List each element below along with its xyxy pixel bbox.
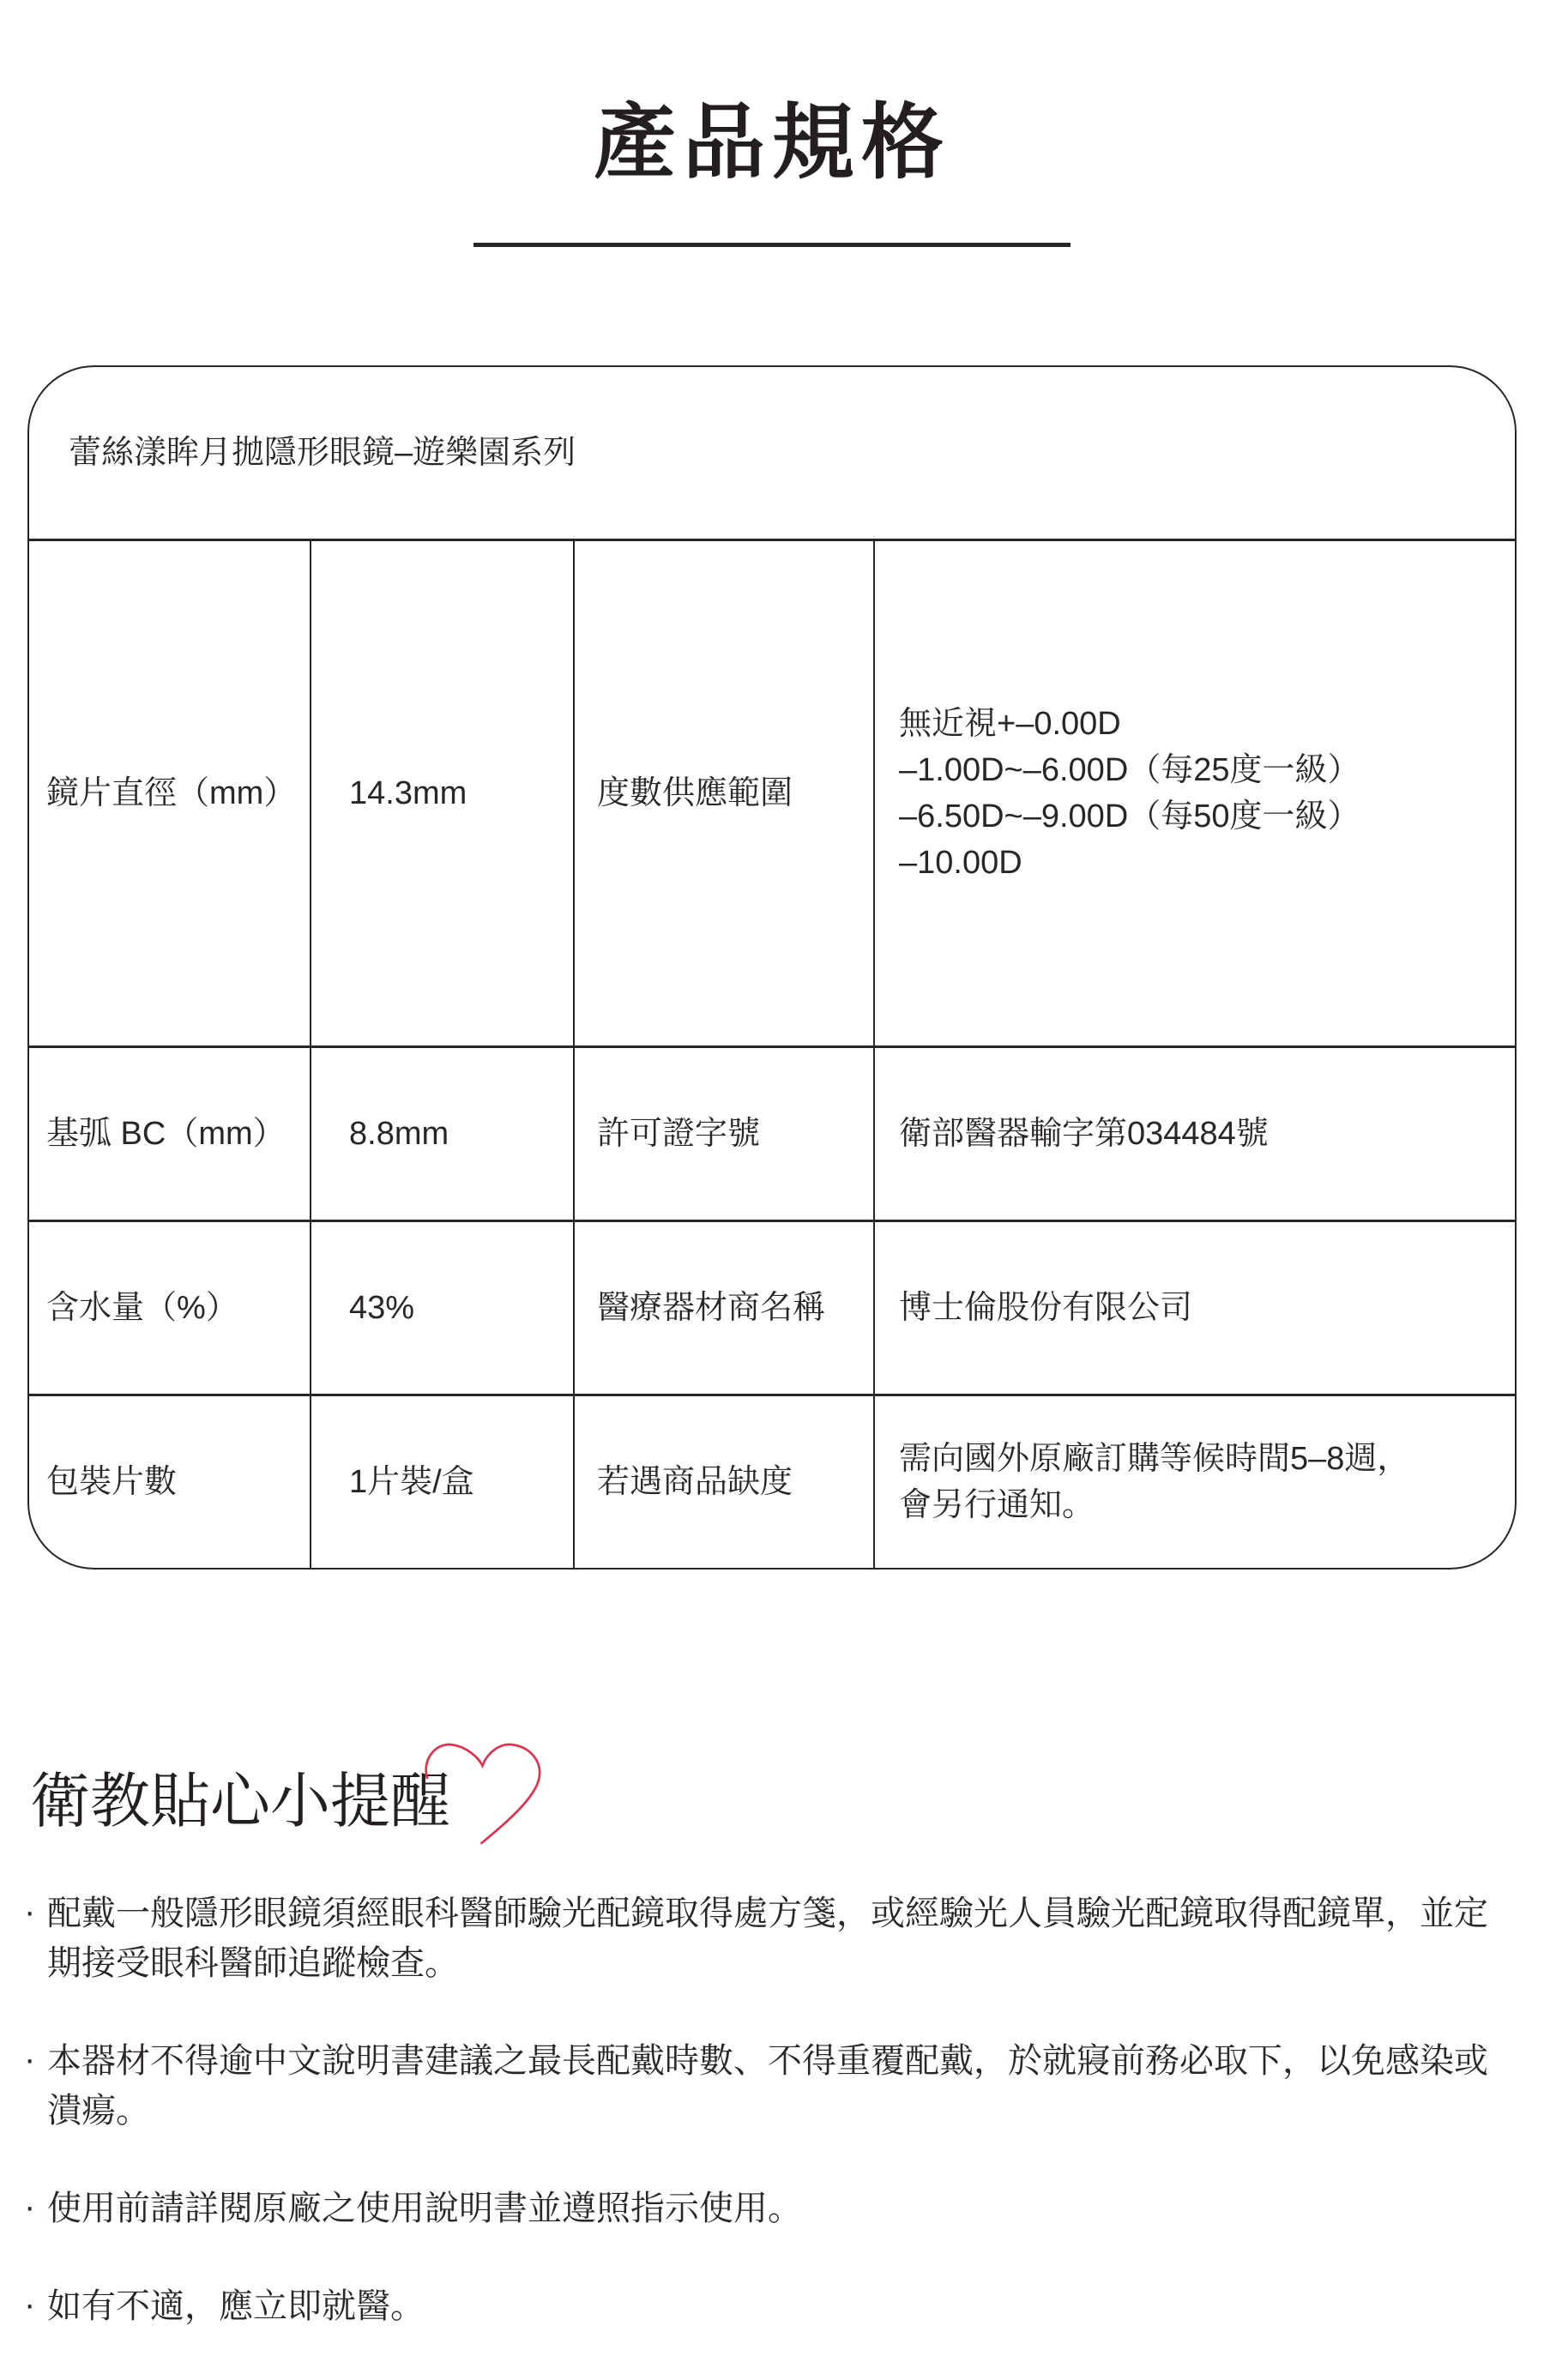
spec-label-pack-count: 包裝片數	[29, 1395, 311, 1568]
bullet-dot: ·	[24, 2034, 35, 2084]
power-range-line: 無近視+–0.00D	[899, 701, 1501, 747]
spec-label-vendor-name: 醫療器材商名稱	[574, 1220, 874, 1395]
table-row: 基弧 BC（mm） 8.8mm 許可證字號 衛部醫器輸字第034484號	[29, 1046, 1517, 1220]
spec-table-container: 蕾絲漾眸月拋隱形眼鏡–遊樂園系列 鏡片直徑（mm） 14.3mm 度數供應範圍 …	[27, 365, 1517, 1570]
spec-table-header-row: 蕾絲漾眸月拋隱形眼鏡–遊樂園系列	[29, 367, 1517, 540]
spec-label-power-range: 度數供應範圍	[574, 539, 874, 1046]
spec-label-out-of-stock: 若遇商品缺度	[574, 1395, 874, 1568]
list-item: · 配戴一般隱形眼鏡須經眼科醫師驗光配鏡取得處方箋，或經驗光人員驗光配鏡取得配鏡…	[47, 1889, 1505, 1988]
table-row: 包裝片數 1片裝/盒 若遇商品缺度 需向國外原廠訂購等候時間5–8週， 會另行通…	[29, 1395, 1517, 1568]
list-item: · 使用前請詳閱原廠之使用說明書並遵照指示使用。	[47, 2184, 1505, 2233]
health-tips-heading-row: 衛教貼心小提醒	[30, 1765, 1544, 1837]
spec-value-vendor-name: 博士倫股份有限公司	[874, 1220, 1517, 1395]
spec-value-power-range: 無近視+–0.00D –1.00D~–6.00D（每25度一級） –6.50D~…	[874, 539, 1517, 1046]
heart-outline-path	[426, 1744, 540, 1843]
note-text: 配戴一般隱形眼鏡須經眼科醫師驗光配鏡取得處方箋，或經驗光人員驗光配鏡取得配鏡單，…	[47, 1895, 1488, 1982]
spec-label-diameter: 鏡片直徑（mm）	[29, 539, 311, 1046]
spec-value-diameter: 14.3mm	[311, 539, 574, 1046]
spec-table: 蕾絲漾眸月拋隱形眼鏡–遊樂園系列 鏡片直徑（mm） 14.3mm 度數供應範圍 …	[29, 367, 1517, 1568]
bullet-dot: ·	[24, 1887, 35, 1937]
title-underline	[473, 243, 1071, 247]
list-item: · 如有不適，應立即就醫。	[47, 2281, 1505, 2331]
power-range-line: –1.00D~–6.00D（每25度一級）	[899, 747, 1501, 793]
heart-icon	[421, 1739, 546, 1847]
out-of-stock-line: 需向國外原廠訂購等候時間5–8週，	[899, 1436, 1501, 1482]
spec-value-license-no: 衛部醫器輸字第034484號	[874, 1046, 1517, 1220]
page-title: 產品規格	[0, 90, 1544, 197]
note-text: 本器材不得逾中文說明書建議之最長配戴時數、不得重覆配戴，於就寢前務必取下，以免感…	[47, 2042, 1488, 2130]
out-of-stock-line: 會另行通知。	[899, 1482, 1501, 1528]
spec-label-water-content: 含水量（%）	[29, 1220, 311, 1395]
note-text: 使用前請詳閱原廠之使用說明書並遵照指示使用。	[47, 2190, 802, 2227]
table-row: 鏡片直徑（mm） 14.3mm 度數供應範圍 無近視+–0.00D –1.00D…	[29, 539, 1517, 1046]
spec-table-title: 蕾絲漾眸月拋隱形眼鏡–遊樂園系列	[29, 367, 1517, 540]
power-range-line: –6.50D~–9.00D（每50度一級）	[899, 793, 1501, 840]
list-item: · 本器材不得逾中文說明書建議之最長配戴時數、不得重覆配戴，於就寢前務必取下，以…	[47, 2036, 1505, 2136]
power-range-line: –10.00D	[899, 840, 1501, 886]
spec-label-base-curve: 基弧 BC（mm）	[29, 1046, 311, 1220]
spec-value-pack-count: 1片裝/盒	[311, 1395, 574, 1568]
spec-value-base-curve: 8.8mm	[311, 1046, 574, 1220]
table-row: 含水量（%） 43% 醫療器材商名稱 博士倫股份有限公司	[29, 1220, 1517, 1395]
health-tips-list: · 配戴一般隱形眼鏡須經眼科醫師驗光配鏡取得處方箋，或經驗光人員驗光配鏡取得配鏡…	[0, 1889, 1544, 2331]
spec-value-water-content: 43%	[311, 1220, 574, 1395]
bullet-dot: ·	[24, 2280, 35, 2329]
spec-value-out-of-stock: 需向國外原廠訂購等候時間5–8週， 會另行通知。	[874, 1395, 1517, 1568]
note-text: 如有不適，應立即就醫。	[47, 2287, 425, 2325]
spec-label-license-no: 許可證字號	[574, 1046, 874, 1220]
health-tips-heading: 衛教貼心小提醒	[30, 1765, 450, 1837]
bullet-dot: ·	[24, 2182, 35, 2232]
